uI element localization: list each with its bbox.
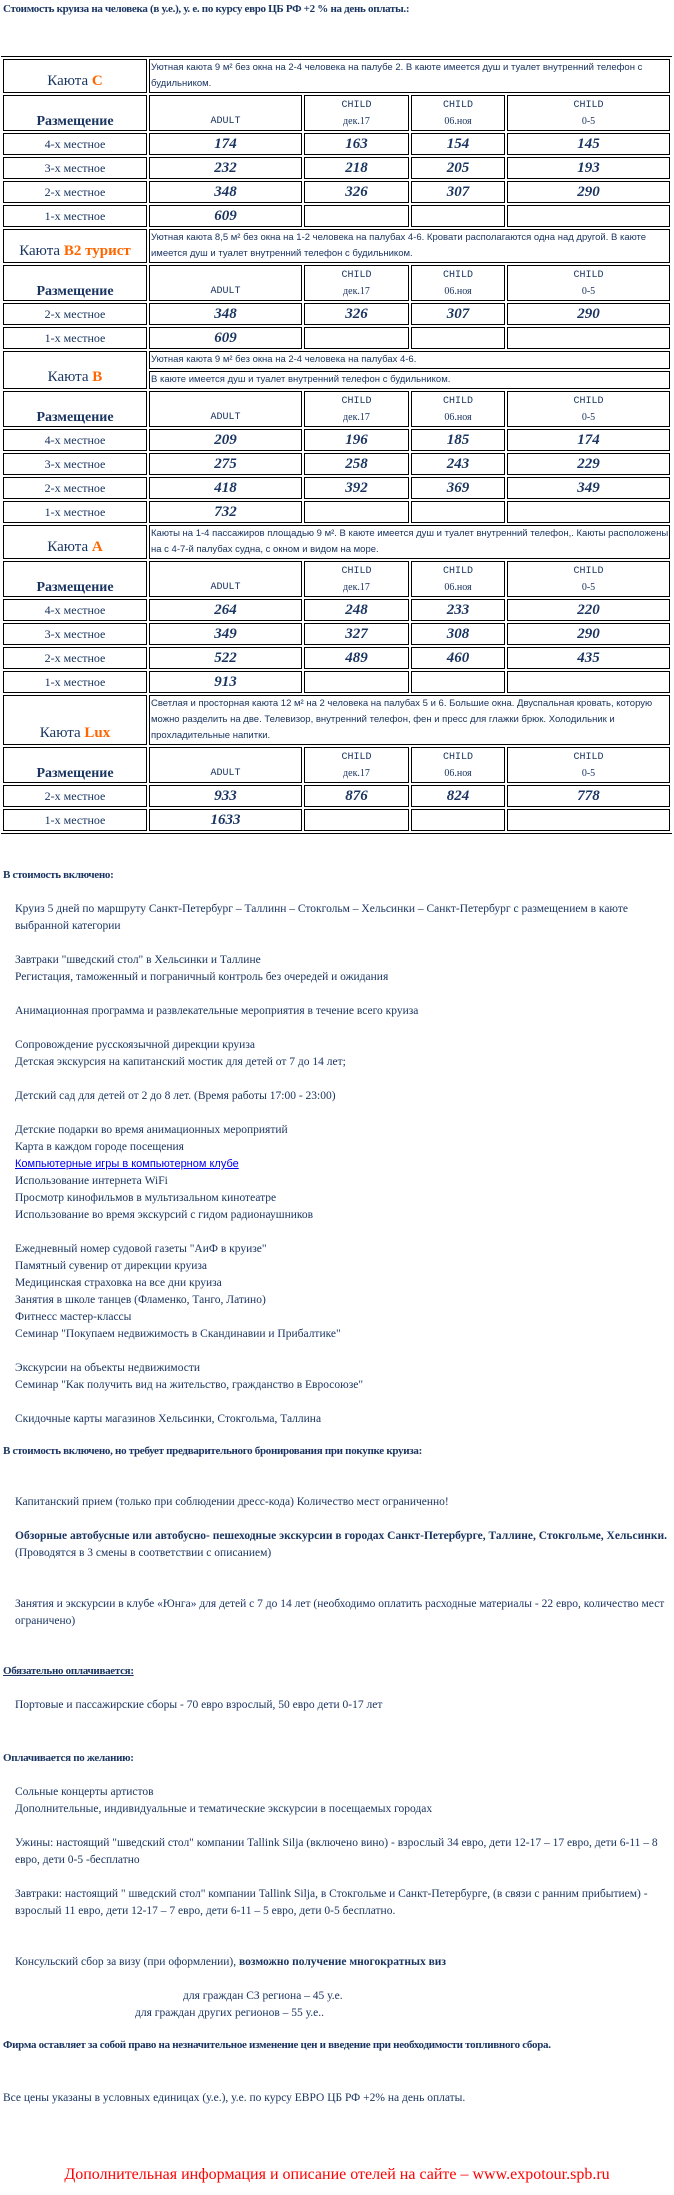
- optional-item: Сольные концерты артистов: [3, 1784, 667, 1801]
- city-excursions-bold: Обзорные автобусные или автобусно- пешех…: [15, 1530, 667, 1542]
- breakfast-info: Завтраки: настоящий " шведский стол" ком…: [3, 1886, 667, 1920]
- price-cell: 348: [149, 303, 302, 325]
- price-cell: 392: [304, 477, 409, 499]
- child2-header: CHILD06.ноя: [411, 747, 505, 783]
- cabin-description: Уютная каюта 9 м² без окна на 2-4 челове…: [149, 351, 670, 369]
- price-cell: [411, 327, 505, 349]
- placement-header: Размещение: [3, 391, 147, 427]
- price-cell: [304, 205, 409, 227]
- included-item: Семинар "Как получить вид на жительство,…: [3, 1377, 667, 1394]
- price-cell: 326: [304, 303, 409, 325]
- placement-header: Размещение: [3, 747, 147, 783]
- child1-header: CHILDдек.17: [304, 747, 409, 783]
- placement-label: 1-х местное: [3, 205, 147, 227]
- child-age: 06.ноя: [412, 410, 504, 426]
- price-cell: 349: [149, 623, 302, 645]
- price-cell: 145: [507, 133, 670, 155]
- included-item: Регистация, таможенный и пограничный кон…: [3, 969, 667, 986]
- cabin-name: Каюта C: [3, 59, 147, 93]
- price-cell: 876: [304, 785, 409, 807]
- child-age: дек.17: [305, 284, 408, 300]
- price-cell: [411, 671, 505, 693]
- booking-section: В стоимость включено, но требует предвар…: [3, 1443, 667, 1630]
- cabin-code: C: [92, 73, 103, 89]
- price-cell: 205: [411, 157, 505, 179]
- included-item: Завтраки "шведский стол" в Хельсинки и Т…: [3, 952, 667, 969]
- child3-header: CHILD0-5: [507, 561, 670, 597]
- price-cell: [304, 671, 409, 693]
- placement-label: 2-х местное: [3, 303, 147, 325]
- price-table: Каюта CУютная каюта 9 м² без окна на 2-4…: [1, 56, 672, 834]
- price-row: 2-х местное933876824778: [3, 785, 670, 807]
- visa-other: для граждан других регионов – 55 у.е..: [3, 2005, 667, 2022]
- cabin-code: A: [92, 539, 103, 555]
- currency-note: Все цены указаны в условных единицах (у.…: [3, 2090, 667, 2107]
- price-cell: 233: [411, 599, 505, 621]
- price-cell: 307: [411, 181, 505, 203]
- price-cell: 435: [507, 647, 670, 669]
- price-cell: 209: [149, 429, 302, 451]
- price-row: 4-х местное209196185174: [3, 429, 670, 451]
- child-label: CHILD: [305, 268, 408, 284]
- cabin-name: Каюта A: [3, 525, 147, 559]
- placement-label: 2-х местное: [3, 181, 147, 203]
- included-item: Занятия в школе танцев (Фламенко, Танго,…: [3, 1292, 667, 1309]
- price-cell: 218: [304, 157, 409, 179]
- price-cell: 522: [149, 647, 302, 669]
- cabin-code: B2 турист: [64, 243, 131, 259]
- placement-header: Размещение: [3, 561, 147, 597]
- included-item: Семинар "Покупаем недвижимость в Скандин…: [3, 1326, 667, 1343]
- child-label: CHILD: [508, 98, 669, 114]
- price-cell: [411, 809, 505, 831]
- price-row: 1-х местное1633: [3, 809, 670, 831]
- included-item: Скидочные карты магазинов Хельсинки, Сто…: [3, 1411, 667, 1428]
- cabin-prefix: Каюта: [40, 725, 81, 741]
- cabin-row: Каюта CУютная каюта 9 м² без окна на 2-4…: [3, 59, 670, 93]
- cabin-prefix: Каюта: [47, 539, 88, 555]
- child-age: 0-5: [508, 410, 669, 426]
- child1-header: CHILDдек.17: [304, 561, 409, 597]
- placement-label: 1-х местное: [3, 809, 147, 831]
- visa-nw: для граждан СЗ региона – 45 у.е.: [3, 1988, 667, 2005]
- placement-header: Размещение: [3, 265, 147, 301]
- adult-header: ADULT: [149, 265, 302, 301]
- cabin-row: Каюта AКаюты на 1-4 пассажиров площадью …: [3, 525, 670, 559]
- price-cell: 1633: [149, 809, 302, 831]
- price-cell: 369: [411, 477, 505, 499]
- price-row: 2-х местное348326307290: [3, 181, 670, 203]
- price-cell: 229: [507, 453, 670, 475]
- price-row: 2-х местное418392369349: [3, 477, 670, 499]
- page-intro: Стоимость круиза на человека (в у.е.), у…: [3, 3, 409, 15]
- placement-label: 3-х местное: [3, 623, 147, 645]
- computer-club-link[interactable]: Компьютерные игры в компьютерном клубе: [15, 1158, 239, 1170]
- included-title: В стоимость включено:: [3, 867, 667, 884]
- price-cell: [304, 327, 409, 349]
- child1-header: CHILDдек.17: [304, 391, 409, 427]
- price-cell: [507, 327, 670, 349]
- price-row: 3-х местное232218205193: [3, 157, 670, 179]
- child3-header: CHILD0-5: [507, 747, 670, 783]
- child-age: 0-5: [508, 766, 669, 782]
- child-label: CHILD: [508, 564, 669, 580]
- price-row: 4-х местное264248233220: [3, 599, 670, 621]
- included-item: Анимационная программа и развлекательные…: [3, 1003, 667, 1020]
- child-label: CHILD: [412, 564, 504, 580]
- placement-label: 3-х местное: [3, 453, 147, 475]
- port-fees: Портовые и пассажирские сборы - 70 евро …: [3, 1697, 667, 1714]
- price-cell: 264: [149, 599, 302, 621]
- price-cell: 489: [304, 647, 409, 669]
- column-header-row: РазмещениеADULTCHILDдек.17CHILD06.нояCHI…: [3, 391, 670, 427]
- price-cell: 163: [304, 133, 409, 155]
- optional-item: Дополнительные, индивидуальные и тематич…: [3, 1801, 667, 1818]
- cabin-name: Каюта B: [3, 351, 147, 389]
- included-item: Детская экскурсия на капитанский мостик …: [3, 1054, 667, 1071]
- included-item: Ежедневный номер судовой газеты "АиФ в к…: [3, 1241, 667, 1258]
- cabin-prefix: Каюта: [19, 243, 60, 259]
- child-label: CHILD: [412, 268, 504, 284]
- price-cell: 327: [304, 623, 409, 645]
- optional-section: Оплачивается по желанию: Сольные концерт…: [3, 1750, 667, 2022]
- child-label: CHILD: [412, 98, 504, 114]
- cabin-row: Каюта B2 туристУютная каюта 8,5 м² без о…: [3, 229, 670, 263]
- child2-header: CHILD06.ноя: [411, 265, 505, 301]
- placement-label: 1-х местное: [3, 501, 147, 523]
- captain-reception: Капитанский прием (только при соблюдении…: [3, 1494, 667, 1511]
- price-row: 3-х местное275258243229: [3, 453, 670, 475]
- child-label: CHILD: [305, 750, 408, 766]
- mandatory-title: Обязательно оплачивается:: [3, 1663, 667, 1680]
- price-cell: 609: [149, 327, 302, 349]
- price-cell: [507, 205, 670, 227]
- included-item: Фитнесс мастер-классы: [3, 1309, 667, 1326]
- cabin-name: Каюта Lux: [3, 695, 147, 745]
- child-label: CHILD: [508, 750, 669, 766]
- price-cell: 232: [149, 157, 302, 179]
- cabin-row: Каюта LuxСветлая и просторная каюта 12 м…: [3, 695, 670, 745]
- placement-label: 2-х местное: [3, 785, 147, 807]
- price-cell: [507, 501, 670, 523]
- price-row: 1-х местное913: [3, 671, 670, 693]
- cabin-prefix: Каюта: [48, 369, 89, 385]
- price-cell: [304, 809, 409, 831]
- cabin-description: Светлая и просторная каюта 12 м² на 2 че…: [149, 695, 670, 745]
- price-row: 2-х местное522489460435: [3, 647, 670, 669]
- visa-fee: Консульский сбор за визу (при оформлении…: [3, 1954, 667, 1971]
- adult-header: ADULT: [149, 95, 302, 131]
- child-age: дек.17: [305, 580, 408, 596]
- price-cell: 290: [507, 181, 670, 203]
- price-row: 4-х местное174163154145: [3, 133, 670, 155]
- included-item: Сопровождение русскоязычной дирекции кру…: [3, 1037, 667, 1054]
- price-cell: [411, 205, 505, 227]
- placement-label: 4-х местное: [3, 133, 147, 155]
- price-row: 3-х местное349327308290: [3, 623, 670, 645]
- cabin-prefix: Каюта: [47, 73, 88, 89]
- footer-site-info: Дополнительная информация и описание оте…: [0, 2166, 674, 2184]
- placement-label: 1-х местное: [3, 671, 147, 693]
- city-excursions-note: (Проводятся в 3 смены в соответствии с о…: [15, 1547, 271, 1559]
- column-header-row: РазмещениеADULTCHILDдек.17CHILD06.нояCHI…: [3, 747, 670, 783]
- cabin-description: В каюте имеется душ и туалет внутренний …: [149, 371, 670, 389]
- placement-label: 2-х местное: [3, 647, 147, 669]
- child-age: 06.ноя: [412, 284, 504, 300]
- placement-label: 2-х местное: [3, 477, 147, 499]
- placement-label: 4-х местное: [3, 429, 147, 451]
- price-cell: 243: [411, 453, 505, 475]
- child3-header: CHILD0-5: [507, 95, 670, 131]
- included-section: В стоимость включено: Круиз 5 дней по ма…: [3, 867, 667, 1428]
- included-item: Памятный сувенир от дирекции круиза: [3, 1258, 667, 1275]
- included-item: Карта в каждом городе посещения: [3, 1139, 667, 1156]
- included-item: Экскурсии на объекты недвижимости: [3, 1360, 667, 1377]
- adult-header: ADULT: [149, 747, 302, 783]
- placement-header: Размещение: [3, 95, 147, 131]
- price-cell: 174: [149, 133, 302, 155]
- price-cell: 154: [411, 133, 505, 155]
- visa-fee-text: Консульский сбор за визу (при оформлении…: [15, 1956, 239, 1968]
- price-cell: 308: [411, 623, 505, 645]
- price-cell: 326: [304, 181, 409, 203]
- price-cell: 275: [149, 453, 302, 475]
- disclaimer: Фирма оставляет за собой право на незнач…: [3, 2037, 667, 2054]
- price-cell: 460: [411, 647, 505, 669]
- child-label: CHILD: [508, 394, 669, 410]
- price-cell: 824: [411, 785, 505, 807]
- included-item: Использование во время экскурсий с гидом…: [3, 1207, 667, 1224]
- child-age: дек.17: [305, 114, 408, 130]
- mandatory-section: Обязательно оплачивается: Портовые и пас…: [3, 1663, 667, 1714]
- price-cell: 307: [411, 303, 505, 325]
- child1-header: CHILDдек.17: [304, 265, 409, 301]
- child2-header: CHILD06.ноя: [411, 95, 505, 131]
- child-age: 06.ноя: [412, 580, 504, 596]
- cabin-code: Lux: [84, 725, 110, 741]
- cabin-description: Уютная каюта 8,5 м² без окна на 1-2 чело…: [149, 229, 670, 263]
- included-item: Просмотр кинофильмов в мультизальном кин…: [3, 1190, 667, 1207]
- child-age: 0-5: [508, 114, 669, 130]
- included-item: Детские подарки во время анимационных ме…: [3, 1122, 667, 1139]
- price-cell: 609: [149, 205, 302, 227]
- child-age: 06.ноя: [412, 114, 504, 130]
- child-age: дек.17: [305, 766, 408, 782]
- cabin-description: Уютная каюта 9 м² без окна на 2-4 челове…: [149, 59, 670, 93]
- column-header-row: РазмещениеADULTCHILDдек.17CHILD06.нояCHI…: [3, 561, 670, 597]
- cabin-name: Каюта B2 турист: [3, 229, 147, 263]
- price-cell: 349: [507, 477, 670, 499]
- child-age: 0-5: [508, 284, 669, 300]
- child3-header: CHILD0-5: [507, 265, 670, 301]
- adult-header: ADULT: [149, 561, 302, 597]
- cabin-code: B: [92, 369, 102, 385]
- child-label: CHILD: [508, 268, 669, 284]
- price-cell: 933: [149, 785, 302, 807]
- price-cell: 196: [304, 429, 409, 451]
- price-cell: 290: [507, 303, 670, 325]
- column-header-row: РазмещениеADULTCHILDдек.17CHILD06.нояCHI…: [3, 95, 670, 131]
- included-item: Использование интернета WiFi: [3, 1173, 667, 1190]
- price-cell: 732: [149, 501, 302, 523]
- price-cell: 185: [411, 429, 505, 451]
- child-label: CHILD: [305, 564, 408, 580]
- price-cell: [411, 501, 505, 523]
- price-row: 1-х местное732: [3, 501, 670, 523]
- child-label: CHILD: [305, 98, 408, 114]
- price-cell: 778: [507, 785, 670, 807]
- price-cell: 174: [507, 429, 670, 451]
- yunga-club: Занятия и экскурсии в клубе «Юнга» для д…: [3, 1596, 667, 1630]
- price-cell: [304, 501, 409, 523]
- child-age: 06.ноя: [412, 766, 504, 782]
- price-cell: 220: [507, 599, 670, 621]
- price-cell: 913: [149, 671, 302, 693]
- price-row: 1-х местное609: [3, 205, 670, 227]
- included-item: Круиз 5 дней по маршруту Санкт-Петербург…: [3, 901, 667, 935]
- column-header-row: РазмещениеADULTCHILDдек.17CHILD06.нояCHI…: [3, 265, 670, 301]
- price-cell: 348: [149, 181, 302, 203]
- price-cell: 258: [304, 453, 409, 475]
- included-item: Медицинская страховка на все дни круиза: [3, 1275, 667, 1292]
- price-cell: [507, 671, 670, 693]
- child-label: CHILD: [412, 394, 504, 410]
- price-cell: 290: [507, 623, 670, 645]
- price-cell: 418: [149, 477, 302, 499]
- cabin-description: Каюты на 1-4 пассажиров площадью 9 м². В…: [149, 525, 670, 559]
- price-cell: 193: [507, 157, 670, 179]
- child2-header: CHILD06.ноя: [411, 561, 505, 597]
- child-age: 0-5: [508, 580, 669, 596]
- included-item: Детский сад для детей от 2 до 8 лет. (Вр…: [3, 1088, 667, 1105]
- visa-fee-bold: возможно получение многократных виз: [239, 1956, 446, 1968]
- city-excursions: Обзорные автобусные или автобусно- пешех…: [3, 1528, 667, 1562]
- price-row: 1-х местное609: [3, 327, 670, 349]
- placement-label: 4-х местное: [3, 599, 147, 621]
- child2-header: CHILD06.ноя: [411, 391, 505, 427]
- child-label: CHILD: [305, 394, 408, 410]
- price-cell: 248: [304, 599, 409, 621]
- price-cell: [507, 809, 670, 831]
- child3-header: CHILD0-5: [507, 391, 670, 427]
- child1-header: CHILDдек.17: [304, 95, 409, 131]
- placement-label: 3-х местное: [3, 157, 147, 179]
- child-age: дек.17: [305, 410, 408, 426]
- booking-title: В стоимость включено, но требует предвар…: [3, 1443, 667, 1460]
- optional-title: Оплачивается по желанию:: [3, 1750, 667, 1767]
- adult-header: ADULT: [149, 391, 302, 427]
- placement-label: 1-х местное: [3, 327, 147, 349]
- cabin-row: Каюта BУютная каюта 9 м² без окна на 2-4…: [3, 351, 670, 369]
- dinner-info: Ужины: настоящий "шведский стол" компани…: [3, 1835, 667, 1869]
- child-label: CHILD: [412, 750, 504, 766]
- price-row: 2-х местное348326307290: [3, 303, 670, 325]
